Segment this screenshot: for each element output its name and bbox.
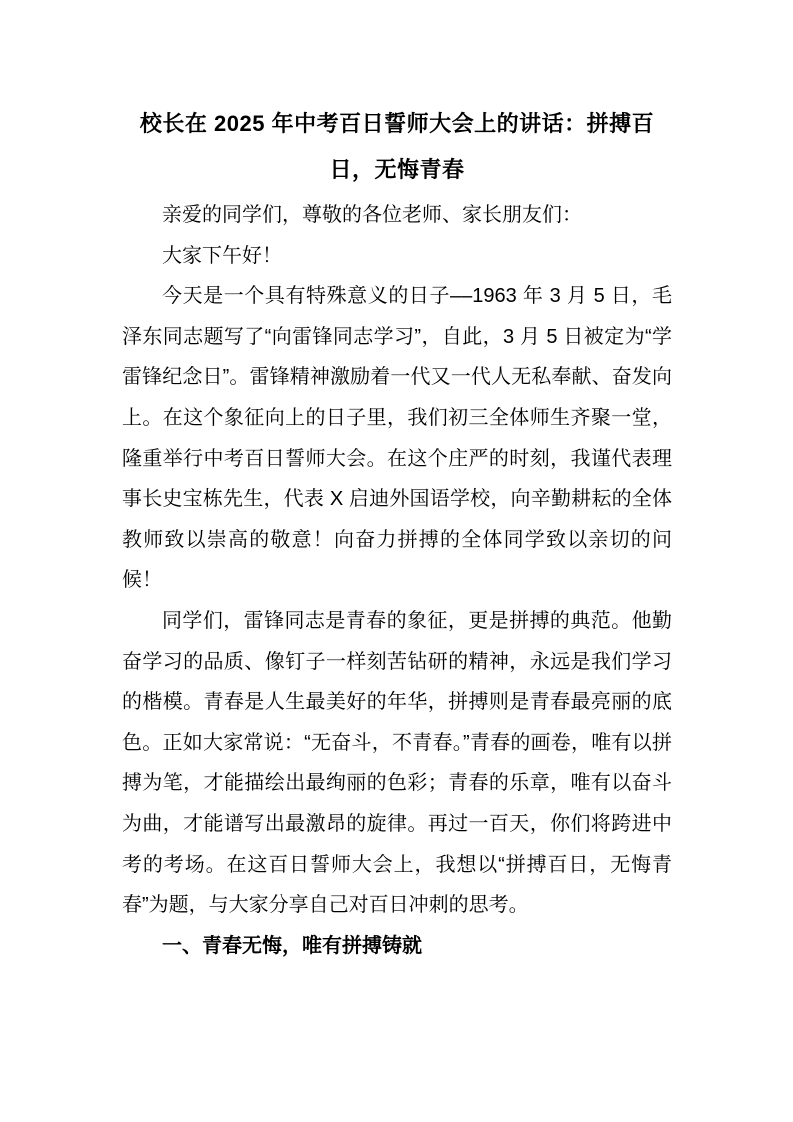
document-title: 校长在 2025 年中考百日誓师大会上的讲话：拼搏百日，无悔青春 xyxy=(122,101,672,193)
section-heading: 一、青春无悔，唯有拼搏铸就 xyxy=(122,926,672,967)
paragraph: 今天是一个具有特殊意义的日子––1963 年 3 月 5 日，毛泽东同志题写了“… xyxy=(122,276,672,601)
paragraph: 同学们，雷锋同志是青春的象征，更是拼搏的典范。他勤奋学习的品质、像钉子一样刻苦钻… xyxy=(122,601,672,926)
salutation-line: 亲爱的同学们，尊敬的各位老师、家长朋友们： xyxy=(122,195,672,236)
greeting-line: 大家下午好！ xyxy=(122,236,672,277)
document-page: 校长在 2025 年中考百日誓师大会上的讲话：拼搏百日，无悔青春 亲爱的同学们，… xyxy=(0,0,793,1122)
